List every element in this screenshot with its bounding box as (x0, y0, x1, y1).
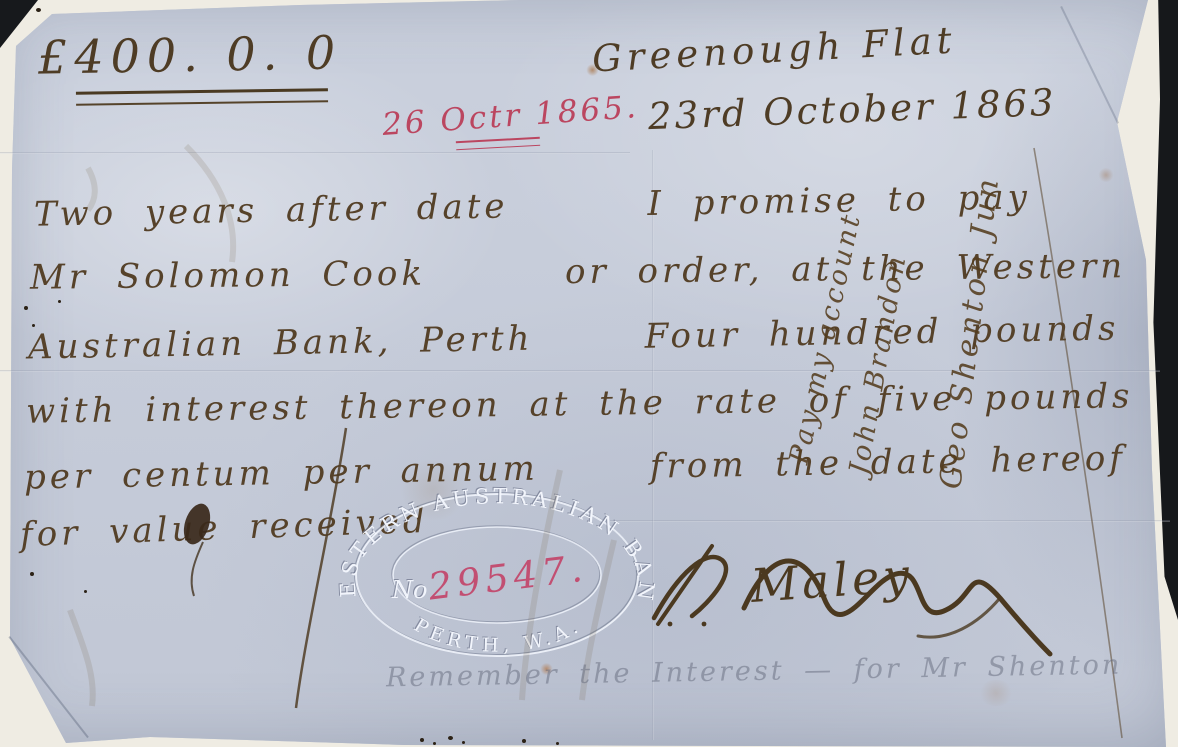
scanned-promissory-note: £400. 0. 0 Greenough Flat 23rd October 1… (0, 0, 1178, 747)
amount-text: £400. 0. 0 (38, 25, 343, 84)
ink-speck (36, 8, 41, 12)
